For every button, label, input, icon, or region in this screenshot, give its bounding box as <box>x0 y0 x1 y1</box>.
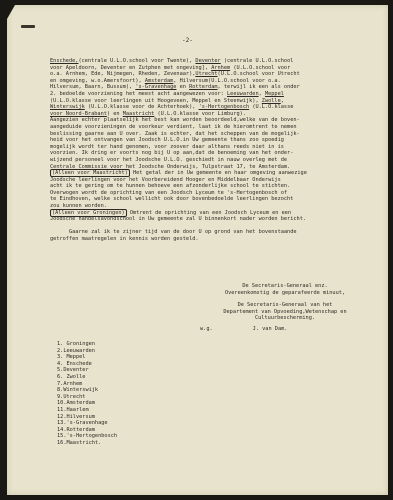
text-run: voor Apeldoorn, Deventer en Zutphen met … <box>50 65 211 71</box>
underlined-place: 's-Hertogenbosch <box>199 104 250 110</box>
signature-line-5: Cultuurbescherming. <box>190 315 380 322</box>
signatory-name: J. van Dam. <box>253 326 288 332</box>
signature-line-2: Overeenkomstig de geparafeerde minuut, <box>190 290 380 297</box>
underlined-place: Deventer <box>195 58 220 64</box>
city-list-item: 3. Meppel <box>57 354 117 361</box>
underlined-place: Arnhem <box>211 65 230 71</box>
body-line: (Alleen voor Groningen) Omtrent de opric… <box>50 210 320 217</box>
text-run: (U.L.O.klasse voor de Achterhoek), <box>85 104 199 110</box>
body-line: heid voor het ontvangen van Joodsch U.L.… <box>50 137 320 144</box>
text-run: mogelijk wordt ter hand genomen, voor zo… <box>50 144 284 150</box>
city-list-item: 14.Rotterdam <box>57 427 117 434</box>
text-run: (U.L.O.school voor Utrecht <box>218 71 300 77</box>
underlined-place: Meppel <box>265 91 284 97</box>
body-line: Enschede,(centrale U.L.O.school voor Twe… <box>50 58 320 65</box>
body-line: o.a. Arnhem, Ede, Nijmegen, Rheden, Zeve… <box>50 71 320 78</box>
city-list-item: 7.Arnhem <box>57 381 117 388</box>
city-list-item: 1. Groningen <box>57 341 117 348</box>
city-list-item: 12.Hilversum <box>57 414 117 421</box>
text-run: Overwogen wordt de oprichting van een Jo… <box>50 190 287 196</box>
text-run: (U.L.O.klasse <box>249 104 293 110</box>
margin-mark <box>21 25 35 28</box>
underlined-place: Zwolle <box>262 98 281 104</box>
text-run: ) en <box>107 111 123 117</box>
underlined-place: 's-Gravenhage <box>135 84 176 90</box>
signed-by: w.g.J. van Dam. <box>200 326 380 333</box>
text-run: te Eindhoven, welke school wellicht ook … <box>50 196 293 202</box>
body-line: (U.L.O.klasse voor leerlingen uit Hoogev… <box>50 98 320 105</box>
text-run: Het getal der in Uw gemeente en haar omg… <box>130 170 307 176</box>
city-list-item: 9.Utrecht <box>57 394 117 401</box>
text-run: , Hilversum(U.L.O.school voor o.a. <box>173 78 280 84</box>
text-run: (centrale U.L.O.school voor Twente), <box>78 58 195 64</box>
text-run: Aangezien echter plaatselijk het best ka… <box>50 117 300 123</box>
body-line: Joodsche handelsavondschool in Uw gemeen… <box>50 216 320 223</box>
text-run: aangeduide voorzieningen de voorkeur ver… <box>50 124 297 130</box>
text-run: wijzend personeel voor het Joodsche U.L.… <box>50 157 287 163</box>
body-line: acht ik te gering om te hunnen behoeve e… <box>50 183 320 190</box>
signature-line-4: Departement van Opvoeding,Wetenschap en <box>190 309 380 316</box>
underlined-place: Maastricht <box>123 111 155 117</box>
body-line: Winterswijk (U.L.O.klasse voor de Achter… <box>50 104 320 111</box>
city-list-item: 13.'s-Gravenhage <box>57 420 117 427</box>
body-line: Overwogen wordt de oprichting van een Jo… <box>50 190 320 197</box>
underlined-place: Winterswijk <box>50 104 85 110</box>
text-run: en omgeving, w.o.Amersfoort), <box>50 78 145 84</box>
city-list-item: 4. Enschede <box>57 361 117 368</box>
city-list-item: 5.Deventer <box>57 367 117 374</box>
text-run: acht ik te gering om te hunnen behoeve e… <box>50 183 290 189</box>
body-line: voor Noord-Brabant) en Maastricht (U.L.O… <box>50 111 320 118</box>
signature-line-1: De Secretaris-Generaal enz. <box>190 283 380 290</box>
text-run: voorzien. Ik dring er voorts nog bij U o… <box>50 150 293 156</box>
body-line: beslissing gaarne aan U over. Zaak is ec… <box>50 131 320 138</box>
text-run: en <box>176 84 189 90</box>
text-run: Joodsche leerlingen voor het Voorbereide… <box>50 177 281 183</box>
body-line: getroffen maatregelen in kennis worden g… <box>50 236 320 243</box>
text-run: Omtrent de oprichting van een Joodsch Ly… <box>127 210 291 216</box>
body-line: aangeduide voorzieningen de voorkeur ver… <box>50 124 320 131</box>
body-line: voorzien. Ik dring er voorts nog bij U o… <box>50 150 320 157</box>
text-run: (U.L.O.klasse voor leerlingen uit Hoogev… <box>50 98 262 104</box>
underlined-place: Utrecht <box>195 71 217 77</box>
text-run: , <box>281 98 284 104</box>
page-number: -2- <box>182 37 193 44</box>
text-run: getroffen maatregelen in kennis worden g… <box>50 236 199 242</box>
signature-line-3: De Secretaris-Generaal van het <box>190 302 380 309</box>
city-list-item: 6. Zwolle <box>57 374 117 381</box>
body-line: voor Apeldoorn, Deventer en Zutphen met … <box>50 65 320 72</box>
text-run: , terwijl ik een als onder <box>218 84 300 90</box>
body-line: Hilversum, Baarn, Bussum), 's-Gravenhage… <box>50 84 320 91</box>
underlined-place: Amsterdam <box>145 78 173 84</box>
text-run: (U.L.O.school voor <box>230 65 290 71</box>
text-run: Hilversum, Baarn, Bussum), <box>50 84 135 90</box>
city-list-item: 10.Amsterdam <box>57 400 117 407</box>
text-run: (U.L.O.klasse voor Limburg). <box>154 111 246 117</box>
body-line: (Alleen voor Maastricht) Het getal der i… <box>50 170 320 177</box>
city-list-item: 15.'s-Hertogenbosch <box>57 433 117 440</box>
city-list-item: 16.Maastricht. <box>57 440 117 447</box>
body-line: Aangezien echter plaatselijk het best ka… <box>50 117 320 124</box>
body-line: wijzend personeel voor het Joodsche U.L.… <box>50 157 320 164</box>
body-line: en omgeving, w.o.Amersfoort), Amsterdam,… <box>50 78 320 85</box>
body-line: 2. bedoelde voorziening het meest acht a… <box>50 91 320 98</box>
underlined-place: Enschede, <box>50 58 78 64</box>
text-run: heid voor het ontvangen van Joodsch U.L.… <box>50 137 284 143</box>
torn-corner <box>7 5 15 19</box>
text-run: Gaarne zal ik te zijner tijd van de door… <box>50 229 297 235</box>
text-run: o.a. Arnhem, Ede, Nijmegen, Rheden, Zeve… <box>50 71 195 77</box>
text-run: (centrale U.L.O.school <box>221 58 294 64</box>
body-line <box>50 223 320 230</box>
body-line: Joodsche leerlingen voor het Voorbereide… <box>50 177 320 184</box>
body-line: mogelijk wordt ter hand genomen, voor zo… <box>50 144 320 151</box>
body-line: Gaarne zal ik te zijner tijd van de door… <box>50 229 320 236</box>
city-list: 1. Groningen2.Leeuwarden3. Meppel4. Ensc… <box>57 341 117 447</box>
body-line: te Eindhoven, welke school wellicht ook … <box>50 196 320 203</box>
signature-block: De Secretaris-Generaal enz. Overeenkomst… <box>190 283 380 322</box>
letter-body: Enschede,(centrale U.L.O.school voor Twe… <box>50 58 320 243</box>
city-list-item: 2.Leeuwarden <box>57 348 117 355</box>
text-run: Joodsche handelsavondschool in Uw gemeen… <box>50 216 306 222</box>
underlined-place: Leeuwarden <box>227 91 259 97</box>
underlined-place: Rotterdam <box>189 84 217 90</box>
text-run: beslissing gaarne aan U over. Zaak is ec… <box>50 131 300 137</box>
underlined-place: voor Noord-Brabant <box>50 111 107 117</box>
city-list-item: 11.Haarlem <box>57 407 117 414</box>
city-list-item: 8.Winterswijk <box>57 387 117 394</box>
wg-label: w.g. <box>200 326 213 332</box>
text-run: 2. bedoelde voorziening het meest acht a… <box>50 91 227 97</box>
